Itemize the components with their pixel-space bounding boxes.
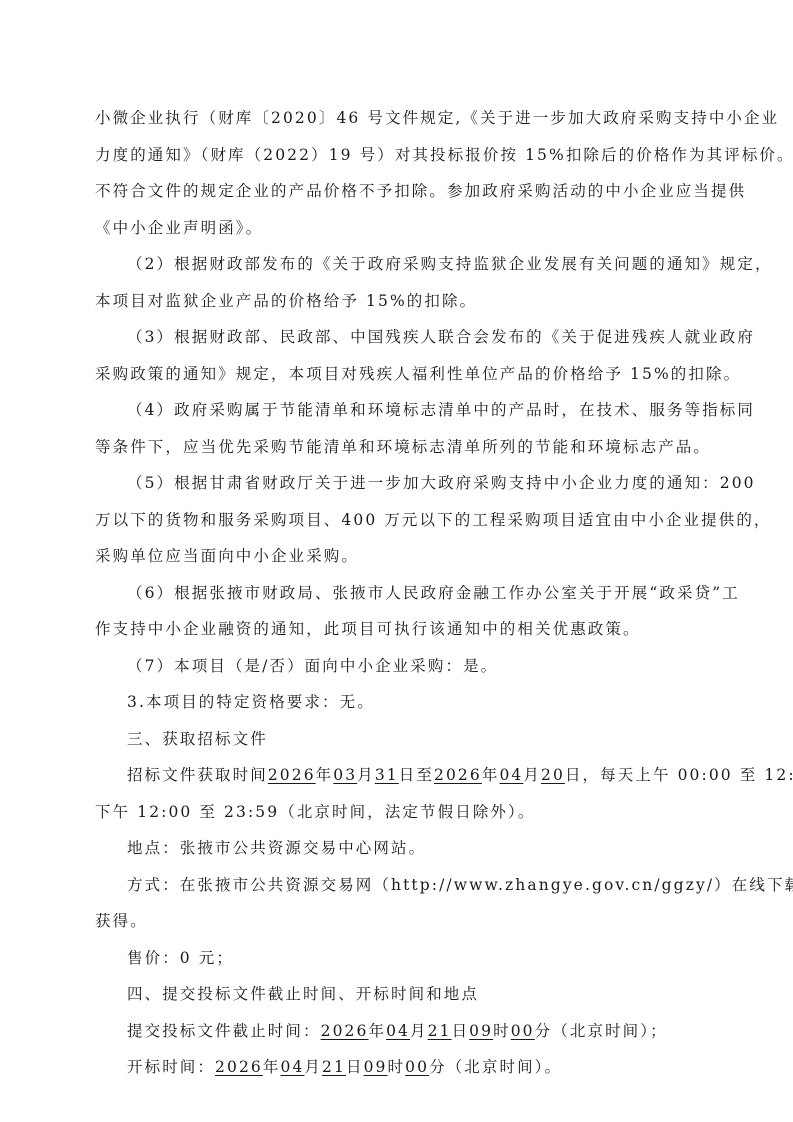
end-day: 20 bbox=[541, 766, 565, 784]
opening-minute: 00 bbox=[405, 1058, 429, 1076]
deadline-line: 提交投标文件截止时间：2026年04月21日09时00分（北京时间）； bbox=[95, 1013, 700, 1050]
location-line: 地点：张掖市公共资源交易中心网站。 bbox=[95, 830, 700, 867]
end-month: 04 bbox=[499, 766, 523, 784]
to-text: 至 bbox=[416, 766, 434, 784]
text-line: （2）根据财政部发布的《关于政府采购支持监狱企业发展有关问题的通知》规定， bbox=[95, 246, 700, 283]
text-line: 采购政策的通知》规定，本项目对残疾人福利性单位产品的价格给予 15%的扣除。 bbox=[95, 356, 700, 393]
start-day: 31 bbox=[375, 766, 399, 784]
deadline-suffix: （北京时间）； bbox=[552, 1022, 667, 1040]
opening-hour: 09 bbox=[364, 1058, 388, 1076]
start-year: 2026 bbox=[268, 766, 316, 784]
unit-day: 日 bbox=[399, 766, 417, 784]
text-line: （4）政府采购属于节能清单和环境标志清单中的产品时，在技术、服务等指标同 bbox=[95, 392, 700, 429]
opening-suffix: （北京时间）。 bbox=[447, 1058, 562, 1076]
section-4-heading: 四、提交投标文件截止时间、开标时间和地点 bbox=[95, 976, 700, 1013]
unit-minute: 分 bbox=[429, 1058, 447, 1076]
text-line: 三、获取招标文件 bbox=[95, 721, 700, 758]
text-line: （6）根据张掖市财政局、张掖市人民政府金融工作办公室关于开展“政采贷”工 bbox=[95, 575, 700, 612]
text-line: （5）根据甘肃省财政厅关于进一步加大政府采购支持中小企业力度的通知：200 bbox=[95, 465, 700, 502]
unit-day: 日 bbox=[565, 766, 583, 784]
text-line: （3）根据财政部、民政部、中国残疾人联合会发布的《关于促进残疾人就业政府 bbox=[95, 319, 700, 356]
unit-minute: 分 bbox=[535, 1022, 553, 1040]
method-line: 方式：在张掖市公共资源交易网（http://www.zhangye.gov.cn… bbox=[95, 867, 700, 904]
unit-year: 年 bbox=[316, 766, 334, 784]
unit-hour: 时 bbox=[493, 1022, 511, 1040]
opening-day: 21 bbox=[322, 1058, 346, 1076]
deadline-year: 2026 bbox=[321, 1022, 369, 1040]
text-line: 万以下的货物和服务采购项目、400 万元以下的工程采购项目适宜由中小企业提供的， bbox=[95, 502, 700, 539]
text-line: （7）本项目（是/否）面向中小企业采购：是。 bbox=[95, 648, 700, 685]
unit-month: 月 bbox=[523, 766, 541, 784]
text-line: 《中小企业声明函》。 bbox=[95, 210, 700, 247]
unit-year: 年 bbox=[482, 766, 500, 784]
start-month: 03 bbox=[333, 766, 357, 784]
deadline-hour: 09 bbox=[469, 1022, 493, 1040]
method-line-2: 获得。 bbox=[95, 903, 700, 940]
document-page: 小微企业执行（财库〔2020〕46 号文件规定,《关于进一步加大政府采购支持中小… bbox=[95, 100, 700, 1086]
deadline-minute: 00 bbox=[511, 1022, 535, 1040]
unit-hour: 时 bbox=[388, 1058, 406, 1076]
deadline-month: 04 bbox=[386, 1022, 410, 1040]
deadline-day: 21 bbox=[428, 1022, 452, 1040]
opening-line: 开标时间：2026年04月21日09时00分（北京时间）。 bbox=[95, 1049, 700, 1086]
unit-month: 月 bbox=[410, 1022, 428, 1040]
text-line: 力度的通知》（财库（2022）19 号）对其投标报价按 15%扣除后的价格作为其… bbox=[95, 137, 700, 174]
text-line: 作支持中小企业融资的通知，此项目可执行该通知中的相关优惠政策。 bbox=[95, 611, 700, 648]
unit-day: 日 bbox=[452, 1022, 470, 1040]
text-line: 本项目对监狱企业产品的价格给予 15%的扣除。 bbox=[95, 283, 700, 320]
acquire-time-line-2: 下午 12:00 至 23:59（北京时间，法定节假日除外）。 bbox=[95, 794, 700, 831]
unit-month: 月 bbox=[304, 1058, 322, 1076]
price-line: 售价：0 元； bbox=[95, 940, 700, 977]
text-line: 采购单位应当面向中小企业采购。 bbox=[95, 538, 700, 575]
opening-year: 2026 bbox=[215, 1058, 263, 1076]
opening-label: 开标时间： bbox=[127, 1058, 215, 1076]
document-body: 小微企业执行（财库〔2020〕46 号文件规定,《关于进一步加大政府采购支持中小… bbox=[95, 100, 700, 757]
deadline-label: 提交投标文件截止时间： bbox=[127, 1022, 321, 1040]
unit-year: 年 bbox=[368, 1022, 386, 1040]
text-line: 小微企业执行（财库〔2020〕46 号文件规定,《关于进一步加大政府采购支持中小… bbox=[95, 100, 700, 137]
text-line: 等条件下，应当优先采购节能清单和环境标志清单所列的节能和环境标志产品。 bbox=[95, 429, 700, 466]
acquire-time-label: 招标文件获取时间 bbox=[127, 766, 268, 784]
acquire-time-line: 招标文件获取时间2026年03月31日至2026年04月20日，每天上午 00:… bbox=[95, 757, 700, 794]
text-line: 3.本项目的特定资格要求：无。 bbox=[95, 684, 700, 721]
unit-month: 月 bbox=[357, 766, 375, 784]
end-year: 2026 bbox=[434, 766, 482, 784]
unit-day: 日 bbox=[346, 1058, 364, 1076]
text-line: 不符合文件的规定企业的产品价格不予扣除。参加政府采购活动的中小企业应当提供 bbox=[95, 173, 700, 210]
unit-year: 年 bbox=[263, 1058, 281, 1076]
daily-hours: ，每天上午 00:00 至 12:00， bbox=[583, 766, 793, 784]
opening-month: 04 bbox=[280, 1058, 304, 1076]
